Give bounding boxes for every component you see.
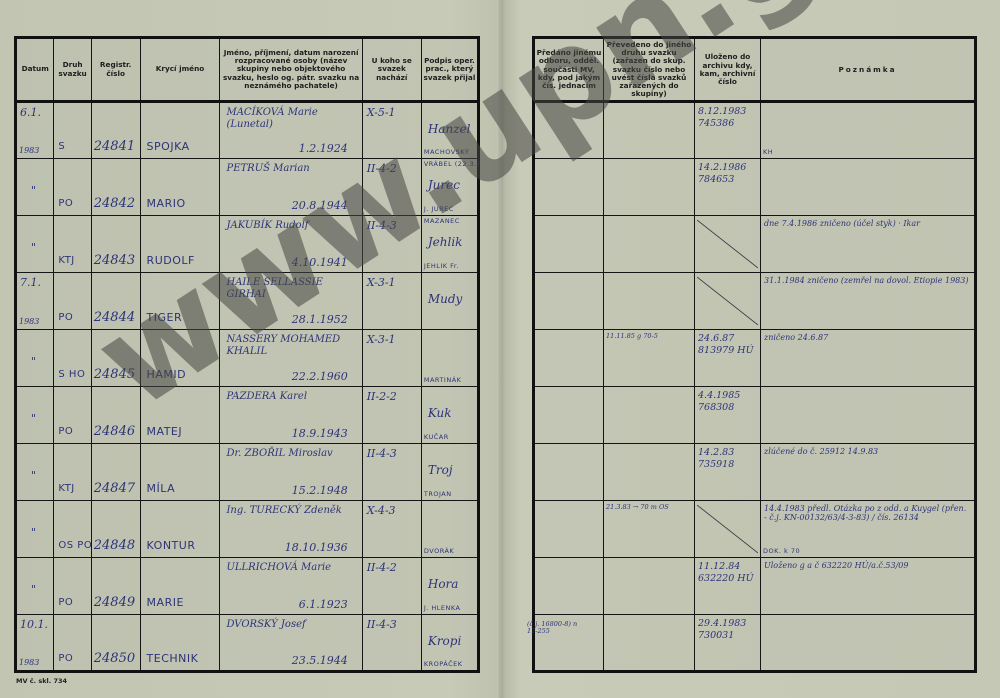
cell-ulozeno: 8.12.1983 745386 xyxy=(695,102,761,159)
left-table-row: "PO24842MARIOPETRUŠ Marian20.8.1944II-4-… xyxy=(16,159,479,216)
u-koho-value: II-4-3 xyxy=(367,220,397,232)
right-table-row: 14.2.83 735918zlúčené do č. 25912 14.9.8… xyxy=(534,444,976,501)
u-koho-value: II-2-2 xyxy=(367,391,397,403)
cell-jmeno-osoby: HAILE SELLASSIE GIRHAI28.1.1952 xyxy=(220,273,362,330)
cell-ulozeno: 14.2.83 735918 xyxy=(695,444,761,501)
druh-value: S xyxy=(58,141,65,153)
header-poznamka: Poznámka xyxy=(761,38,976,102)
cell-podpis: MAZANECJehlikJEHLIK Fr. xyxy=(421,216,478,273)
form-code: MV č. skl. 734 xyxy=(16,677,67,685)
narozeni-value: 4.10.1941 xyxy=(292,257,348,269)
cell-jmeno-osoby: DVORSKÝ Josef23.5.1944 xyxy=(220,615,362,672)
cell-registr-cislo: 24843 xyxy=(91,216,140,273)
registr-value: 24844 xyxy=(94,311,135,325)
cell-ulozeno: 4.4.1985 768308 xyxy=(695,387,761,444)
poznamka-value: dne 7.4.1986 zničeno (účel styk) · Ikar xyxy=(764,219,969,228)
cell-ulozeno xyxy=(695,273,761,330)
jmeno-value: PAZDERA Karel xyxy=(226,391,351,403)
signature: Kropi xyxy=(428,635,461,647)
left-table-row: "PO24849MARIEULLRICHOVÁ Marie6.1.1923II-… xyxy=(16,558,479,615)
poznamka-extra: DOK. k 70 xyxy=(763,548,800,555)
cell-druh-svazku: PO xyxy=(54,159,91,216)
right-table-row: (č.j. 16800-8) n 11-25529.4.1983 730031 xyxy=(534,615,976,672)
registr-value: 24848 xyxy=(94,539,135,553)
header-prevedeno: Převedeno do jiného druhu svazku (zařaze… xyxy=(604,38,695,102)
registr-value: 24842 xyxy=(94,197,135,211)
cell-predano xyxy=(534,102,604,159)
narozeni-value: 6.1.1923 xyxy=(299,599,348,611)
cell-registr-cislo: 24842 xyxy=(91,159,140,216)
cell-druh-svazku: KTJ xyxy=(54,216,91,273)
cell-ulozeno xyxy=(695,501,761,558)
ulozeno-value: 4.4.1985 768308 xyxy=(698,390,756,414)
cell-ulozeno: 14.2.1986 784653 xyxy=(695,159,761,216)
right-ledger-table: Předáno jinému odboru, odděl. součásti M… xyxy=(532,36,977,673)
cell-registr-cislo: 24844 xyxy=(91,273,140,330)
left-table-row: "S HO24845HAMIDNASSERY MOHAMED KHALIL22.… xyxy=(16,330,479,387)
jmeno-value: NASSERY MOHAMED KHALIL xyxy=(226,334,351,358)
kryci-value: TIGER xyxy=(147,312,183,324)
ulozeno-value: 29.4.1983 730031 xyxy=(698,618,756,642)
datum-day: 6.1. xyxy=(20,107,41,119)
datum-day: 10.1. xyxy=(20,619,48,631)
cell-datum: 7.1.1983 xyxy=(16,273,54,330)
cell-jmeno-osoby: NASSERY MOHAMED KHALIL22.2.1960 xyxy=(220,330,362,387)
druh-value: PO xyxy=(58,653,73,665)
registr-value: 24845 xyxy=(94,368,135,382)
cell-u-koho: II-4-2 xyxy=(362,159,421,216)
cell-registr-cislo: 24841 xyxy=(91,102,140,159)
cell-kryci-jmeno: MÍLA xyxy=(140,444,220,501)
cell-datum: " xyxy=(16,216,54,273)
cell-podpis: Mudy xyxy=(421,273,478,330)
cell-kryci-jmeno: RUDOLF xyxy=(140,216,220,273)
cell-predano xyxy=(534,558,604,615)
cell-u-koho: II-4-2 xyxy=(362,558,421,615)
book-gutter xyxy=(498,0,506,698)
cell-kryci-jmeno: TECHNIK xyxy=(140,615,220,672)
prevedeno-value: 11.11.85 g 70-5 xyxy=(606,333,658,340)
cell-druh-svazku: PO xyxy=(54,615,91,672)
signature: Kuk xyxy=(428,407,452,419)
podpis-bottom-name: J. HLENKA xyxy=(424,605,461,612)
cell-u-koho: II-2-2 xyxy=(362,387,421,444)
cell-poznamka xyxy=(761,615,976,672)
narozeni-value: 28.1.1952 xyxy=(292,314,348,326)
cell-predano xyxy=(534,159,604,216)
cell-predano xyxy=(534,501,604,558)
cell-jmeno-osoby: PETRUŠ Marian20.8.1944 xyxy=(220,159,362,216)
cell-poznamka: zlúčené do č. 25912 14.9.83 xyxy=(761,444,976,501)
poznamka-value: 31.1.1984 zničeno (zemřel na dovol. Etio… xyxy=(764,276,969,285)
left-table-row: "KTJ24843RUDOLFJAKUBÍK Rudolf4.10.1941II… xyxy=(16,216,479,273)
cell-u-koho: II-4-3 xyxy=(362,216,421,273)
cell-druh-svazku: KTJ xyxy=(54,444,91,501)
header-u-koho: U koho se svazek nachází xyxy=(362,38,421,102)
u-koho-value: II-4-2 xyxy=(367,562,397,574)
u-koho-value: II-4-3 xyxy=(367,448,397,460)
podpis-bottom-name: JEHLIK Fr. xyxy=(424,263,459,270)
registr-value: 24841 xyxy=(94,140,135,154)
kryci-value: SPOJKA xyxy=(147,141,190,153)
jmeno-value: HAILE SELLASSIE GIRHAI xyxy=(226,277,351,301)
header-datum: Datum xyxy=(16,38,54,102)
cell-ulozeno: 29.4.1983 730031 xyxy=(695,615,761,672)
right-table-row: dne 7.4.1986 zničeno (účel styk) · Ikar xyxy=(534,216,976,273)
cell-druh-svazku: S HO xyxy=(54,330,91,387)
cell-kryci-jmeno: TIGER xyxy=(140,273,220,330)
header-kryci-jmeno: Krycí jméno xyxy=(140,38,220,102)
cell-predano xyxy=(534,444,604,501)
signature: Jurec xyxy=(428,179,460,191)
cell-predano xyxy=(534,273,604,330)
cell-podpis: DVORÁK xyxy=(421,501,478,558)
druh-value: KTJ xyxy=(58,483,74,495)
cell-prevedeno xyxy=(604,387,695,444)
header-druh-svazku: Druh svazku xyxy=(54,38,91,102)
cell-jmeno-osoby: MACÍKOVÁ Marie (Lunetal)1.2.1924 xyxy=(220,102,362,159)
cell-podpis: HanzelMACHOVSKÝ xyxy=(421,102,478,159)
cell-jmeno-osoby: Dr. ZBOŘIL Miroslav15.2.1948 xyxy=(220,444,362,501)
left-table-row: "OS PO24848KONTURIng. TURECKÝ Zdeněk18.1… xyxy=(16,501,479,558)
cell-jmeno-osoby: JAKUBÍK Rudolf4.10.1941 xyxy=(220,216,362,273)
ulozeno-value: 24.6.87 813979 HÚ xyxy=(698,333,756,357)
poznamka-extra: KH xyxy=(763,149,773,156)
header-registr-cislo: Registr. číslo xyxy=(91,38,140,102)
cell-poznamka xyxy=(761,387,976,444)
cell-u-koho: X-3-1 xyxy=(362,330,421,387)
u-koho-value: X-3-1 xyxy=(367,277,396,289)
signature: Hanzel xyxy=(428,123,471,135)
u-koho-value: II-4-2 xyxy=(367,163,397,175)
cell-poznamka: zničeno 24.6.87 xyxy=(761,330,976,387)
kryci-value: MATEJ xyxy=(147,426,183,438)
cell-kryci-jmeno: HAMID xyxy=(140,330,220,387)
cell-prevedeno xyxy=(604,216,695,273)
right-table-row: 31.1.1984 zničeno (zemřel na dovol. Etio… xyxy=(534,273,976,330)
cell-druh-svazku: PO xyxy=(54,387,91,444)
cell-u-koho: X-5-1 xyxy=(362,102,421,159)
cell-druh-svazku: PO xyxy=(54,273,91,330)
druh-value: S HO xyxy=(58,369,85,381)
druh-value: PO xyxy=(58,426,73,438)
cell-predano: (č.j. 16800-8) n 11-255 xyxy=(534,615,604,672)
left-table-row: "KTJ24847MÍLADr. ZBOŘIL Miroslav15.2.194… xyxy=(16,444,479,501)
podpis-top-name: VRÁBEL (22.3.) xyxy=(424,161,480,168)
cell-datum: " xyxy=(16,444,54,501)
cell-druh-svazku: PO xyxy=(54,558,91,615)
cell-poznamka xyxy=(761,159,976,216)
cell-podpis: TrojTROJAN xyxy=(421,444,478,501)
cell-jmeno-osoby: Ing. TURECKÝ Zdeněk18.10.1936 xyxy=(220,501,362,558)
datum-ditto: " xyxy=(31,470,36,482)
datum-ditto: " xyxy=(31,584,36,596)
signature: Jehlik xyxy=(428,236,463,248)
cell-registr-cislo: 24849 xyxy=(91,558,140,615)
cell-podpis: KropiKROPÁČEK xyxy=(421,615,478,672)
left-header-row: Datum Druh svazku Registr. číslo Krycí j… xyxy=(16,38,479,102)
cell-kryci-jmeno: MARIO xyxy=(140,159,220,216)
cell-prevedeno xyxy=(604,159,695,216)
registr-value: 24850 xyxy=(94,652,135,666)
cell-prevedeno xyxy=(604,102,695,159)
cell-ulozeno: 11.12.84 632220 HÚ xyxy=(695,558,761,615)
cell-prevedeno xyxy=(604,444,695,501)
narozeni-value: 23.5.1944 xyxy=(292,655,348,667)
cell-kryci-jmeno: MATEJ xyxy=(140,387,220,444)
jmeno-value: Ing. TURECKÝ Zdeněk xyxy=(226,505,351,517)
kryci-value: KONTUR xyxy=(147,540,196,552)
cell-registr-cislo: 24845 xyxy=(91,330,140,387)
druh-value: KTJ xyxy=(58,255,74,267)
cancel-slash xyxy=(697,220,758,268)
datum-day: 7.1. xyxy=(20,277,41,289)
cell-datum: " xyxy=(16,330,54,387)
ulozeno-value: 11.12.84 632220 HÚ xyxy=(698,561,756,585)
cell-prevedeno xyxy=(604,273,695,330)
cell-registr-cislo: 24848 xyxy=(91,501,140,558)
cell-u-koho: II-4-3 xyxy=(362,615,421,672)
jmeno-value: Dr. ZBOŘIL Miroslav xyxy=(226,448,351,460)
left-ledger-table: Datum Druh svazku Registr. číslo Krycí j… xyxy=(14,36,480,673)
datum-year: 1983 xyxy=(19,658,39,667)
cell-jmeno-osoby: PAZDERA Karel18.9.1943 xyxy=(220,387,362,444)
datum-ditto: " xyxy=(31,185,36,197)
podpis-top-name: MAZANEC xyxy=(424,218,460,225)
cell-poznamka: 31.1.1984 zničeno (zemřel na dovol. Etio… xyxy=(761,273,976,330)
u-koho-value: X-4-3 xyxy=(367,505,396,517)
right-header-row: Předáno jinému odboru, odděl. součásti M… xyxy=(534,38,976,102)
signature: Hora xyxy=(428,578,459,590)
cell-poznamka: Uloženo g a č 632220 HÚ/a.č.53/09 xyxy=(761,558,976,615)
cell-datum: " xyxy=(16,387,54,444)
cancel-slash xyxy=(697,277,758,325)
header-podpis: Podpis oper. prac., který svazek přijal xyxy=(421,38,478,102)
podpis-bottom-name: KROPÁČEK xyxy=(424,661,463,668)
cell-registr-cislo: 24846 xyxy=(91,387,140,444)
left-table-row: 7.1.1983PO24844TIGERHAILE SELLASSIE GIRH… xyxy=(16,273,479,330)
datum-ditto: " xyxy=(31,356,36,368)
podpis-bottom-name: J. JUREC xyxy=(424,206,454,213)
kryci-value: HAMID xyxy=(147,369,187,381)
cell-datum: " xyxy=(16,558,54,615)
cell-registr-cislo: 24850 xyxy=(91,615,140,672)
ulozeno-value: 14.2.1986 784653 xyxy=(698,162,756,186)
datum-ditto: " xyxy=(31,527,36,539)
cell-prevedeno xyxy=(604,558,695,615)
kryci-value: MARIO xyxy=(147,198,186,210)
cell-druh-svazku: S xyxy=(54,102,91,159)
registr-value: 24846 xyxy=(94,425,135,439)
u-koho-value: II-4-3 xyxy=(367,619,397,631)
predano-value: (č.j. 16800-8) n 11-255 xyxy=(527,621,587,635)
cell-jmeno-osoby: ULLRICHOVÁ Marie6.1.1923 xyxy=(220,558,362,615)
druh-value: OS PO xyxy=(58,540,92,552)
jmeno-value: MACÍKOVÁ Marie (Lunetal) xyxy=(226,107,351,131)
cell-ulozeno: 24.6.87 813979 HÚ xyxy=(695,330,761,387)
podpis-bottom-name: KUČAR xyxy=(424,434,449,441)
cell-datum: 10.1.1983 xyxy=(16,615,54,672)
cell-poznamka: KH xyxy=(761,102,976,159)
poznamka-value: zlúčené do č. 25912 14.9.83 xyxy=(764,447,969,456)
right-table-row: 14.2.1986 784653 xyxy=(534,159,976,216)
right-table-row: 11.11.85 g 70-524.6.87 813979 HÚzničeno … xyxy=(534,330,976,387)
left-table-row: 10.1.1983PO24850TECHNIKDVORSKÝ Josef23.5… xyxy=(16,615,479,672)
jmeno-value: DVORSKÝ Josef xyxy=(226,619,351,631)
right-table-row: 21.3.83 → 70 m OS14.4.1983 předl. Otázka… xyxy=(534,501,976,558)
cell-datum: 6.1.1983 xyxy=(16,102,54,159)
right-table-row: 8.12.1983 745386KH xyxy=(534,102,976,159)
kryci-value: MÍLA xyxy=(147,483,176,495)
u-koho-value: X-5-1 xyxy=(367,107,396,119)
registr-value: 24849 xyxy=(94,596,135,610)
cell-predano xyxy=(534,330,604,387)
narozeni-value: 18.10.1936 xyxy=(285,542,348,554)
cell-poznamka: dne 7.4.1986 zničeno (účel styk) · Ikar xyxy=(761,216,976,273)
cell-datum: " xyxy=(16,501,54,558)
header-jmeno-osoby: Jméno, příjmení, datum narození rozpraco… xyxy=(220,38,362,102)
registr-value: 24847 xyxy=(94,482,135,496)
cancel-slash xyxy=(697,505,758,553)
cell-podpis: VRÁBEL (22.3.)JurecJ. JUREC xyxy=(421,159,478,216)
cell-podpis: MARTINÁK xyxy=(421,330,478,387)
left-table-row: "PO24846MATEJPAZDERA Karel18.9.1943II-2-… xyxy=(16,387,479,444)
cell-podpis: HoraJ. HLENKA xyxy=(421,558,478,615)
poznamka-value: Uloženo g a č 632220 HÚ/a.č.53/09 xyxy=(764,561,969,570)
kryci-value: RUDOLF xyxy=(147,255,195,267)
cell-u-koho: X-3-1 xyxy=(362,273,421,330)
header-ulozeno: Uloženo do archivu kdy, kam, archivní čí… xyxy=(695,38,761,102)
druh-value: PO xyxy=(58,312,73,324)
druh-value: PO xyxy=(58,198,73,210)
ulozeno-value: 14.2.83 735918 xyxy=(698,447,756,471)
narozeni-value: 18.9.1943 xyxy=(292,428,348,440)
signature: Troj xyxy=(428,464,453,476)
cell-prevedeno xyxy=(604,615,695,672)
narozeni-value: 1.2.1924 xyxy=(299,143,348,155)
datum-year: 1983 xyxy=(19,317,39,326)
jmeno-value: ULLRICHOVÁ Marie xyxy=(226,562,351,574)
cell-predano xyxy=(534,387,604,444)
cell-u-koho: II-4-3 xyxy=(362,444,421,501)
right-table-row: 11.12.84 632220 HÚUloženo g a č 632220 H… xyxy=(534,558,976,615)
signature: Mudy xyxy=(428,293,462,305)
header-predano: Předáno jinému odboru, odděl. součásti M… xyxy=(534,38,604,102)
cell-predano xyxy=(534,216,604,273)
podpis-bottom-name: MACHOVSKÝ xyxy=(424,149,469,156)
cell-registr-cislo: 24847 xyxy=(91,444,140,501)
cell-ulozeno xyxy=(695,216,761,273)
cell-kryci-jmeno: KONTUR xyxy=(140,501,220,558)
datum-ditto: " xyxy=(31,413,36,425)
podpis-bottom-name: MARTINÁK xyxy=(424,377,462,384)
right-table-row: 4.4.1985 768308 xyxy=(534,387,976,444)
cell-prevedeno: 21.3.83 → 70 m OS xyxy=(604,501,695,558)
u-koho-value: X-3-1 xyxy=(367,334,396,346)
cell-druh-svazku: OS PO xyxy=(54,501,91,558)
cell-podpis: KukKUČAR xyxy=(421,387,478,444)
poznamka-value: zničeno 24.6.87 xyxy=(764,333,969,342)
cell-datum: " xyxy=(16,159,54,216)
jmeno-value: PETRUŠ Marian xyxy=(226,163,351,175)
podpis-bottom-name: TROJAN xyxy=(424,491,452,498)
cell-u-koho: X-4-3 xyxy=(362,501,421,558)
narozeni-value: 22.2.1960 xyxy=(292,371,348,383)
narozeni-value: 15.2.1948 xyxy=(292,485,348,497)
poznamka-value: 14.4.1983 předl. Otázka po z odd. a Kuyg… xyxy=(764,504,969,522)
kryci-value: MARIE xyxy=(147,597,184,609)
jmeno-value: JAKUBÍK Rudolf xyxy=(226,220,351,232)
narozeni-value: 20.8.1944 xyxy=(292,200,348,212)
datum-ditto: " xyxy=(31,242,36,254)
left-table-row: 6.1.1983S24841SPOJKAMACÍKOVÁ Marie (Lune… xyxy=(16,102,479,159)
ulozeno-value: 8.12.1983 745386 xyxy=(698,106,756,130)
registr-value: 24843 xyxy=(94,254,135,268)
kryci-value: TECHNIK xyxy=(147,653,199,665)
cell-prevedeno: 11.11.85 g 70-5 xyxy=(604,330,695,387)
druh-value: PO xyxy=(58,597,73,609)
podpis-bottom-name: DVORÁK xyxy=(424,548,454,555)
cell-kryci-jmeno: MARIE xyxy=(140,558,220,615)
datum-year: 1983 xyxy=(19,146,39,155)
cell-poznamka: 14.4.1983 předl. Otázka po z odd. a Kuyg… xyxy=(761,501,976,558)
cell-kryci-jmeno: SPOJKA xyxy=(140,102,220,159)
prevedeno-value: 21.3.83 → 70 m OS xyxy=(606,504,669,511)
